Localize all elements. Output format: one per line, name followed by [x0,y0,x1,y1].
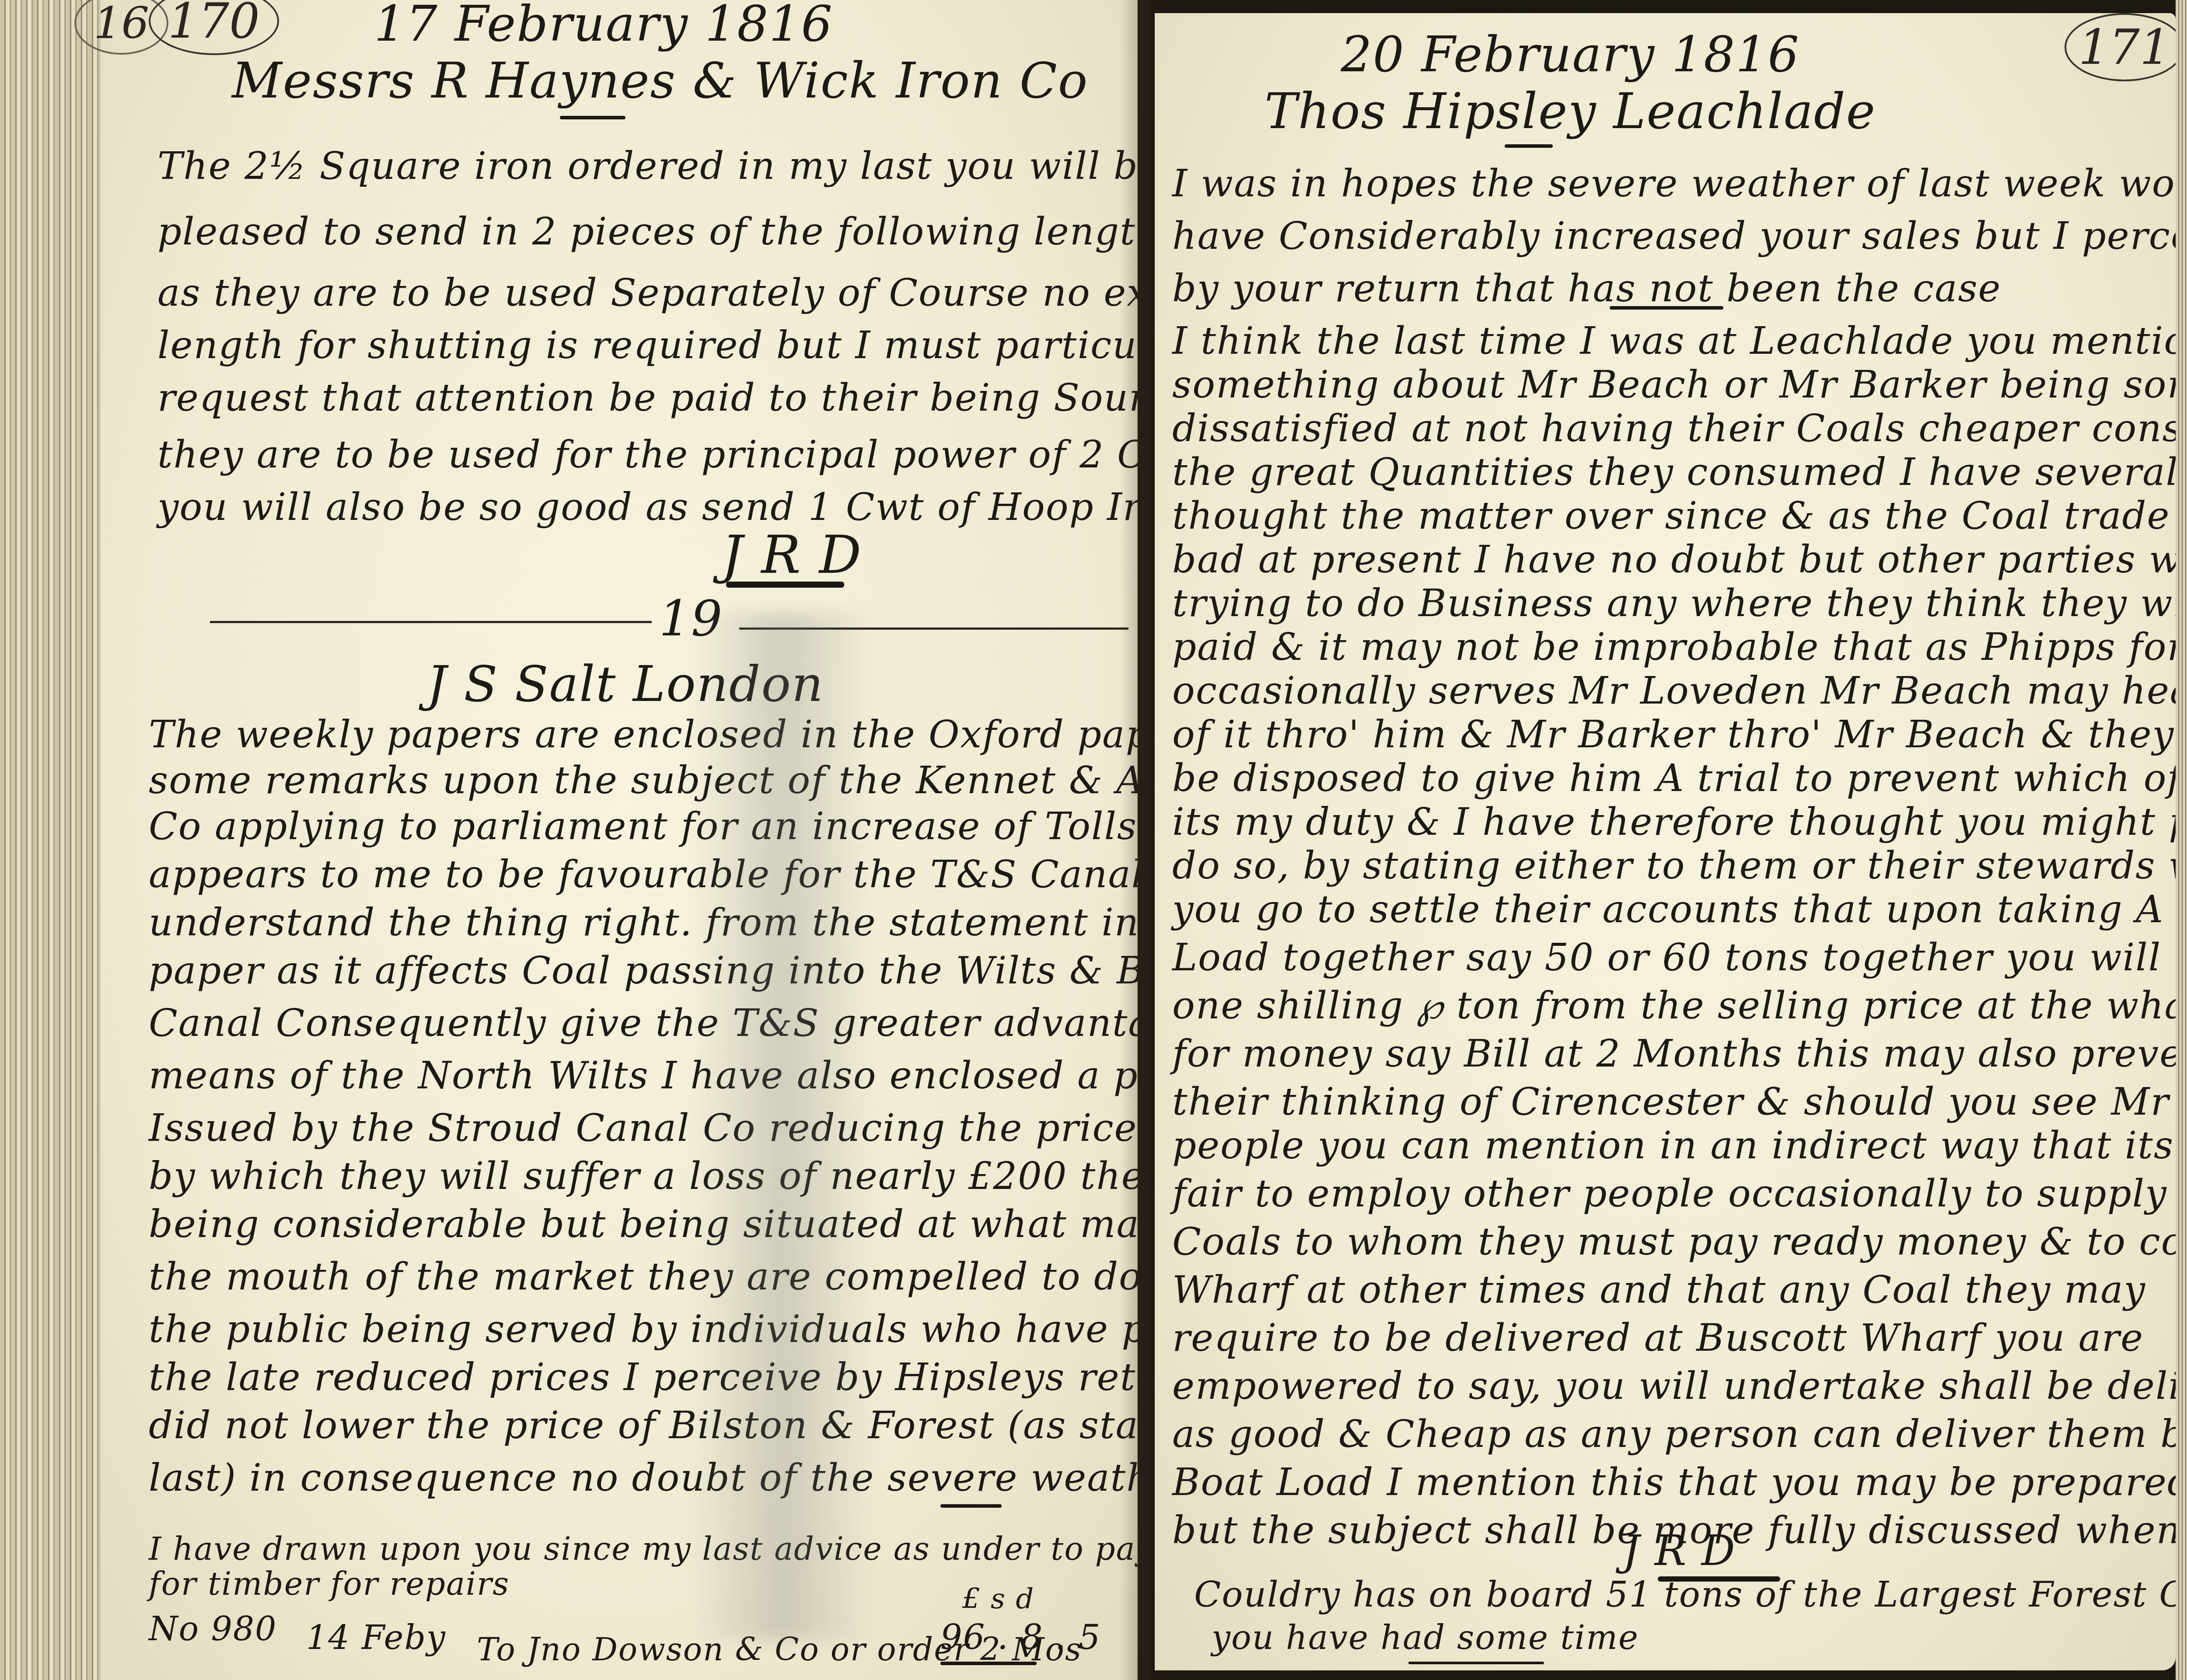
divider-rule-left [210,621,652,623]
letter-line: trying to do Business any where they thi… [1172,582,2187,625]
letter-line: its my duty & I have therefore thought y… [1172,800,2187,844]
letter-line: the great Quantities they consumed I hav… [1172,450,2187,494]
letter-line: have Considerably increased your sales b… [1172,214,2187,258]
letter2-line: understand the thing right. from the sta… [149,901,1216,945]
letter1-addressee: Messrs R Haynes & Wick Iron Co [232,52,975,109]
letter2-line: Co applying to parliament for an increas… [149,805,1224,848]
letter-line: Boat Load I mention this that you may be… [1172,1460,2187,1504]
letter-line: bad at present I have no doubt but other… [1172,538,2187,582]
right-page: 171 20 February 1816 Thos Hipsley Leachl… [1155,13,2176,1670]
letter2-line: paper as it affects Coal passing into th… [149,949,1231,993]
letter-line: empowered to say, you will undertake sha… [1172,1364,2187,1408]
letter-line: be disposed to give him A trial to preve… [1172,756,2187,800]
letter-line: paid & it may not be improbable that as … [1172,625,2187,669]
letter-line: something about Mr Beach or Mr Barker be… [1172,363,2187,407]
letter-signature: J R D [1623,1526,1736,1575]
bill-date: 14 Feby [306,1618,446,1657]
letter-line: people you can mention in an indirect wa… [1172,1124,2187,1168]
letter-line: their thinking of Cirencester & should y… [1172,1080,2187,1124]
letter-line: require to be delivered at Buscott Wharf… [1172,1316,2144,1360]
postscript-line: Couldry has on board 51 tons of the Larg… [1194,1574,2187,1615]
letter2-line: I have drawn upon you since my last advi… [149,1530,1154,1567]
letter-date: 20 February 1816 [1242,26,1898,83]
signature-rule [726,582,844,588]
letter-line: fair to employ other people occasionally… [1172,1172,2187,1216]
page-edges-left [0,0,101,1680]
letter1-date: 17 February 1816 [232,0,975,52]
left-page: 16 170 17 February 1816 Messrs R Haynes … [101,0,1138,1680]
letter-line: of it thro' him & Mr Barker thro' Mr Bea… [1172,713,2187,756]
letter1-line: request that attention be paid to their … [157,376,1179,420]
letter2-line: last) in consequence no doubt of the sev… [149,1456,1193,1500]
letter-line: for money say Bill at 2 Months this may … [1172,1032,2187,1076]
letter2-line: appears to me to be favourable for the T… [149,853,1213,896]
letter-line: I was in hopes the severe weather of las… [1172,162,2187,206]
letter1-signature: J R D [722,525,862,586]
letter-line: Wharf at other times and that any Coal t… [1172,1268,2146,1312]
heading-rule [560,116,625,119]
letter-line: one shilling ℘ ton from the selling pric… [1172,984,2187,1028]
letter1-line: length for shutting is required but I mu… [157,324,1227,367]
letter2-line: for timber for repairs [149,1565,510,1602]
paragraph-rule [1610,306,1723,310]
bill-amount: 96 . 8 . 5 [940,1618,1101,1657]
postscript-rule [1408,1662,1544,1664]
letter1-line: pleased to send in 2 pieces of the follo… [157,210,1181,254]
letter-line: Load together say 50 or 60 tons together… [1172,936,2187,979]
bill-currency-header: £ s d [962,1583,1034,1615]
letter1-line: they are to be used for the principal po… [157,433,1258,477]
letter-line: as good & Cheap as any person can delive… [1172,1412,2187,1456]
heading-rule [1505,144,1553,148]
bill-amount-rule [940,1662,1037,1665]
letter-line: do so, by stating either to them or thei… [1172,844,2187,888]
letter2-end-rule [940,1504,1002,1508]
letter1-line: as they are to be used Separately of Cou… [157,271,1207,315]
letter-addressee: Thos Hipsley Leachlade [1242,83,1898,140]
letter-line: dissatisfied at not having their Coals c… [1172,407,2187,450]
letter-line: by your return that has not been the cas… [1172,267,2001,310]
page-fold-shadow [691,612,875,1640]
page-edges-right [2176,0,2187,1680]
letter1-line: The 2½ Square iron ordered in my last yo… [157,144,1162,188]
letter-line: you go to settle their accounts that upo… [1172,888,2187,931]
letter-line: I think the last time I was at Leachlade… [1172,319,2187,363]
letter-line: thought the matter over since & as the C… [1172,494,2187,538]
ledger-spread: 16 170 17 February 1816 Messrs R Haynes … [0,0,2187,1680]
letter-line: occasionally serves Mr Loveden Mr Beach … [1172,669,2187,713]
letter1-line: you will also be so good as send 1 Cwt o… [157,485,1190,529]
page-number: 171 [2065,13,2184,81]
bill-number: No 980 [149,1609,277,1648]
letter-line: Coals to whom they must pay ready money … [1172,1220,2187,1264]
postscript-line: you have had some time [1212,1618,1639,1657]
